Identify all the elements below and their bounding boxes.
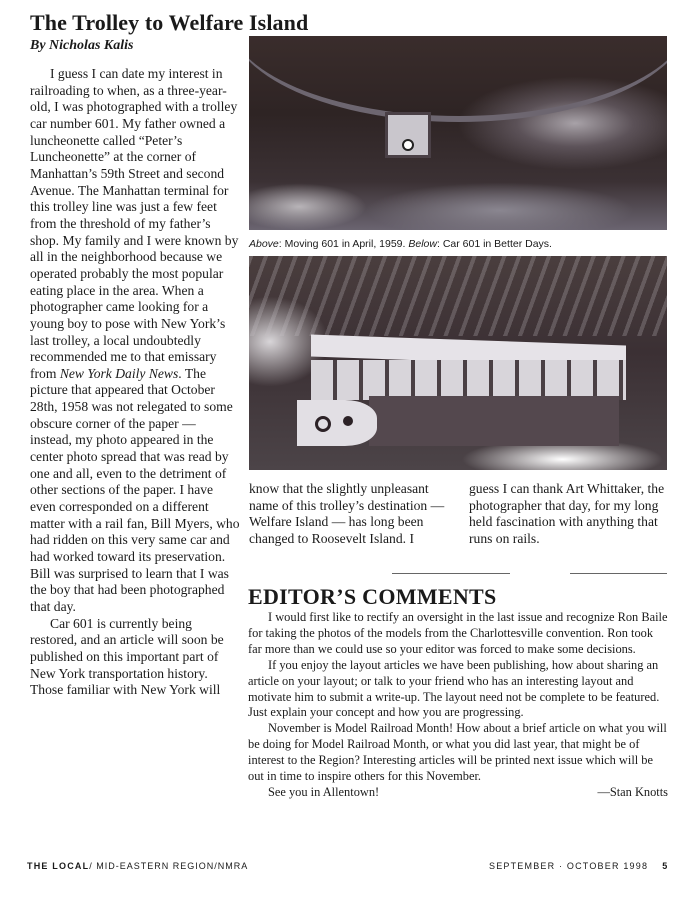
divider-rule bbox=[570, 573, 667, 574]
article-column-1: I guess I can date my interest in railro… bbox=[30, 66, 240, 699]
article-column-3: guess I can thank Art Whittaker, the pho… bbox=[469, 481, 669, 548]
footer-issue: SEPTEMBER · OCTOBER 19985 bbox=[489, 861, 668, 871]
footer-publication: THE LOCAL/ MID-EASTERN REGION/NMRA bbox=[27, 861, 248, 871]
photo-trolley-under-bridge bbox=[249, 36, 667, 230]
editor-signoff: See you in Allentown!—Stan Knotts bbox=[248, 785, 668, 801]
article-title: The Trolley to Welfare Island bbox=[30, 10, 308, 36]
editor-comments-body: I would first like to rectify an oversig… bbox=[248, 610, 668, 801]
article-paragraph-end: guess I can thank Art Whittaker, the pho… bbox=[469, 481, 669, 548]
article-byline: By Nicholas Kalis bbox=[30, 38, 133, 54]
editor-comments-title: EDITOR’S COMMENTS bbox=[248, 584, 497, 610]
article-column-2: know that the slightly unpleasant name o… bbox=[249, 481, 459, 548]
bridge-arch bbox=[249, 36, 667, 122]
photo-caption: Above: Moving 601 in April, 1959. Below:… bbox=[249, 238, 552, 250]
editor-paragraph-1: I would first like to rectify an oversig… bbox=[248, 610, 668, 658]
article-paragraph-1: I guess I can date my interest in railro… bbox=[30, 66, 240, 616]
trolley-windows bbox=[311, 360, 626, 400]
trolley-lower-body bbox=[369, 396, 619, 446]
article-paragraph-continued: know that the slightly unpleasant name o… bbox=[249, 481, 459, 548]
photo-trolley-car-601 bbox=[249, 256, 667, 470]
editor-paragraph-2: If you enjoy the layout articles we have… bbox=[248, 658, 668, 722]
closing-line: See you in Allentown! bbox=[268, 785, 379, 799]
article-paragraph-2: Car 601 is currently being restored, and… bbox=[30, 616, 240, 699]
editor-signature: —Stan Knotts bbox=[577, 785, 668, 801]
page-number: 5 bbox=[662, 861, 668, 871]
editor-paragraph-3: November is Model Railroad Month! How ab… bbox=[248, 721, 668, 785]
tree-branches bbox=[249, 256, 667, 336]
trolley-front bbox=[385, 112, 431, 158]
newspaper-name: New York Daily News bbox=[60, 366, 178, 381]
trolley-front-dash bbox=[297, 400, 377, 446]
divider-rule bbox=[392, 573, 510, 574]
